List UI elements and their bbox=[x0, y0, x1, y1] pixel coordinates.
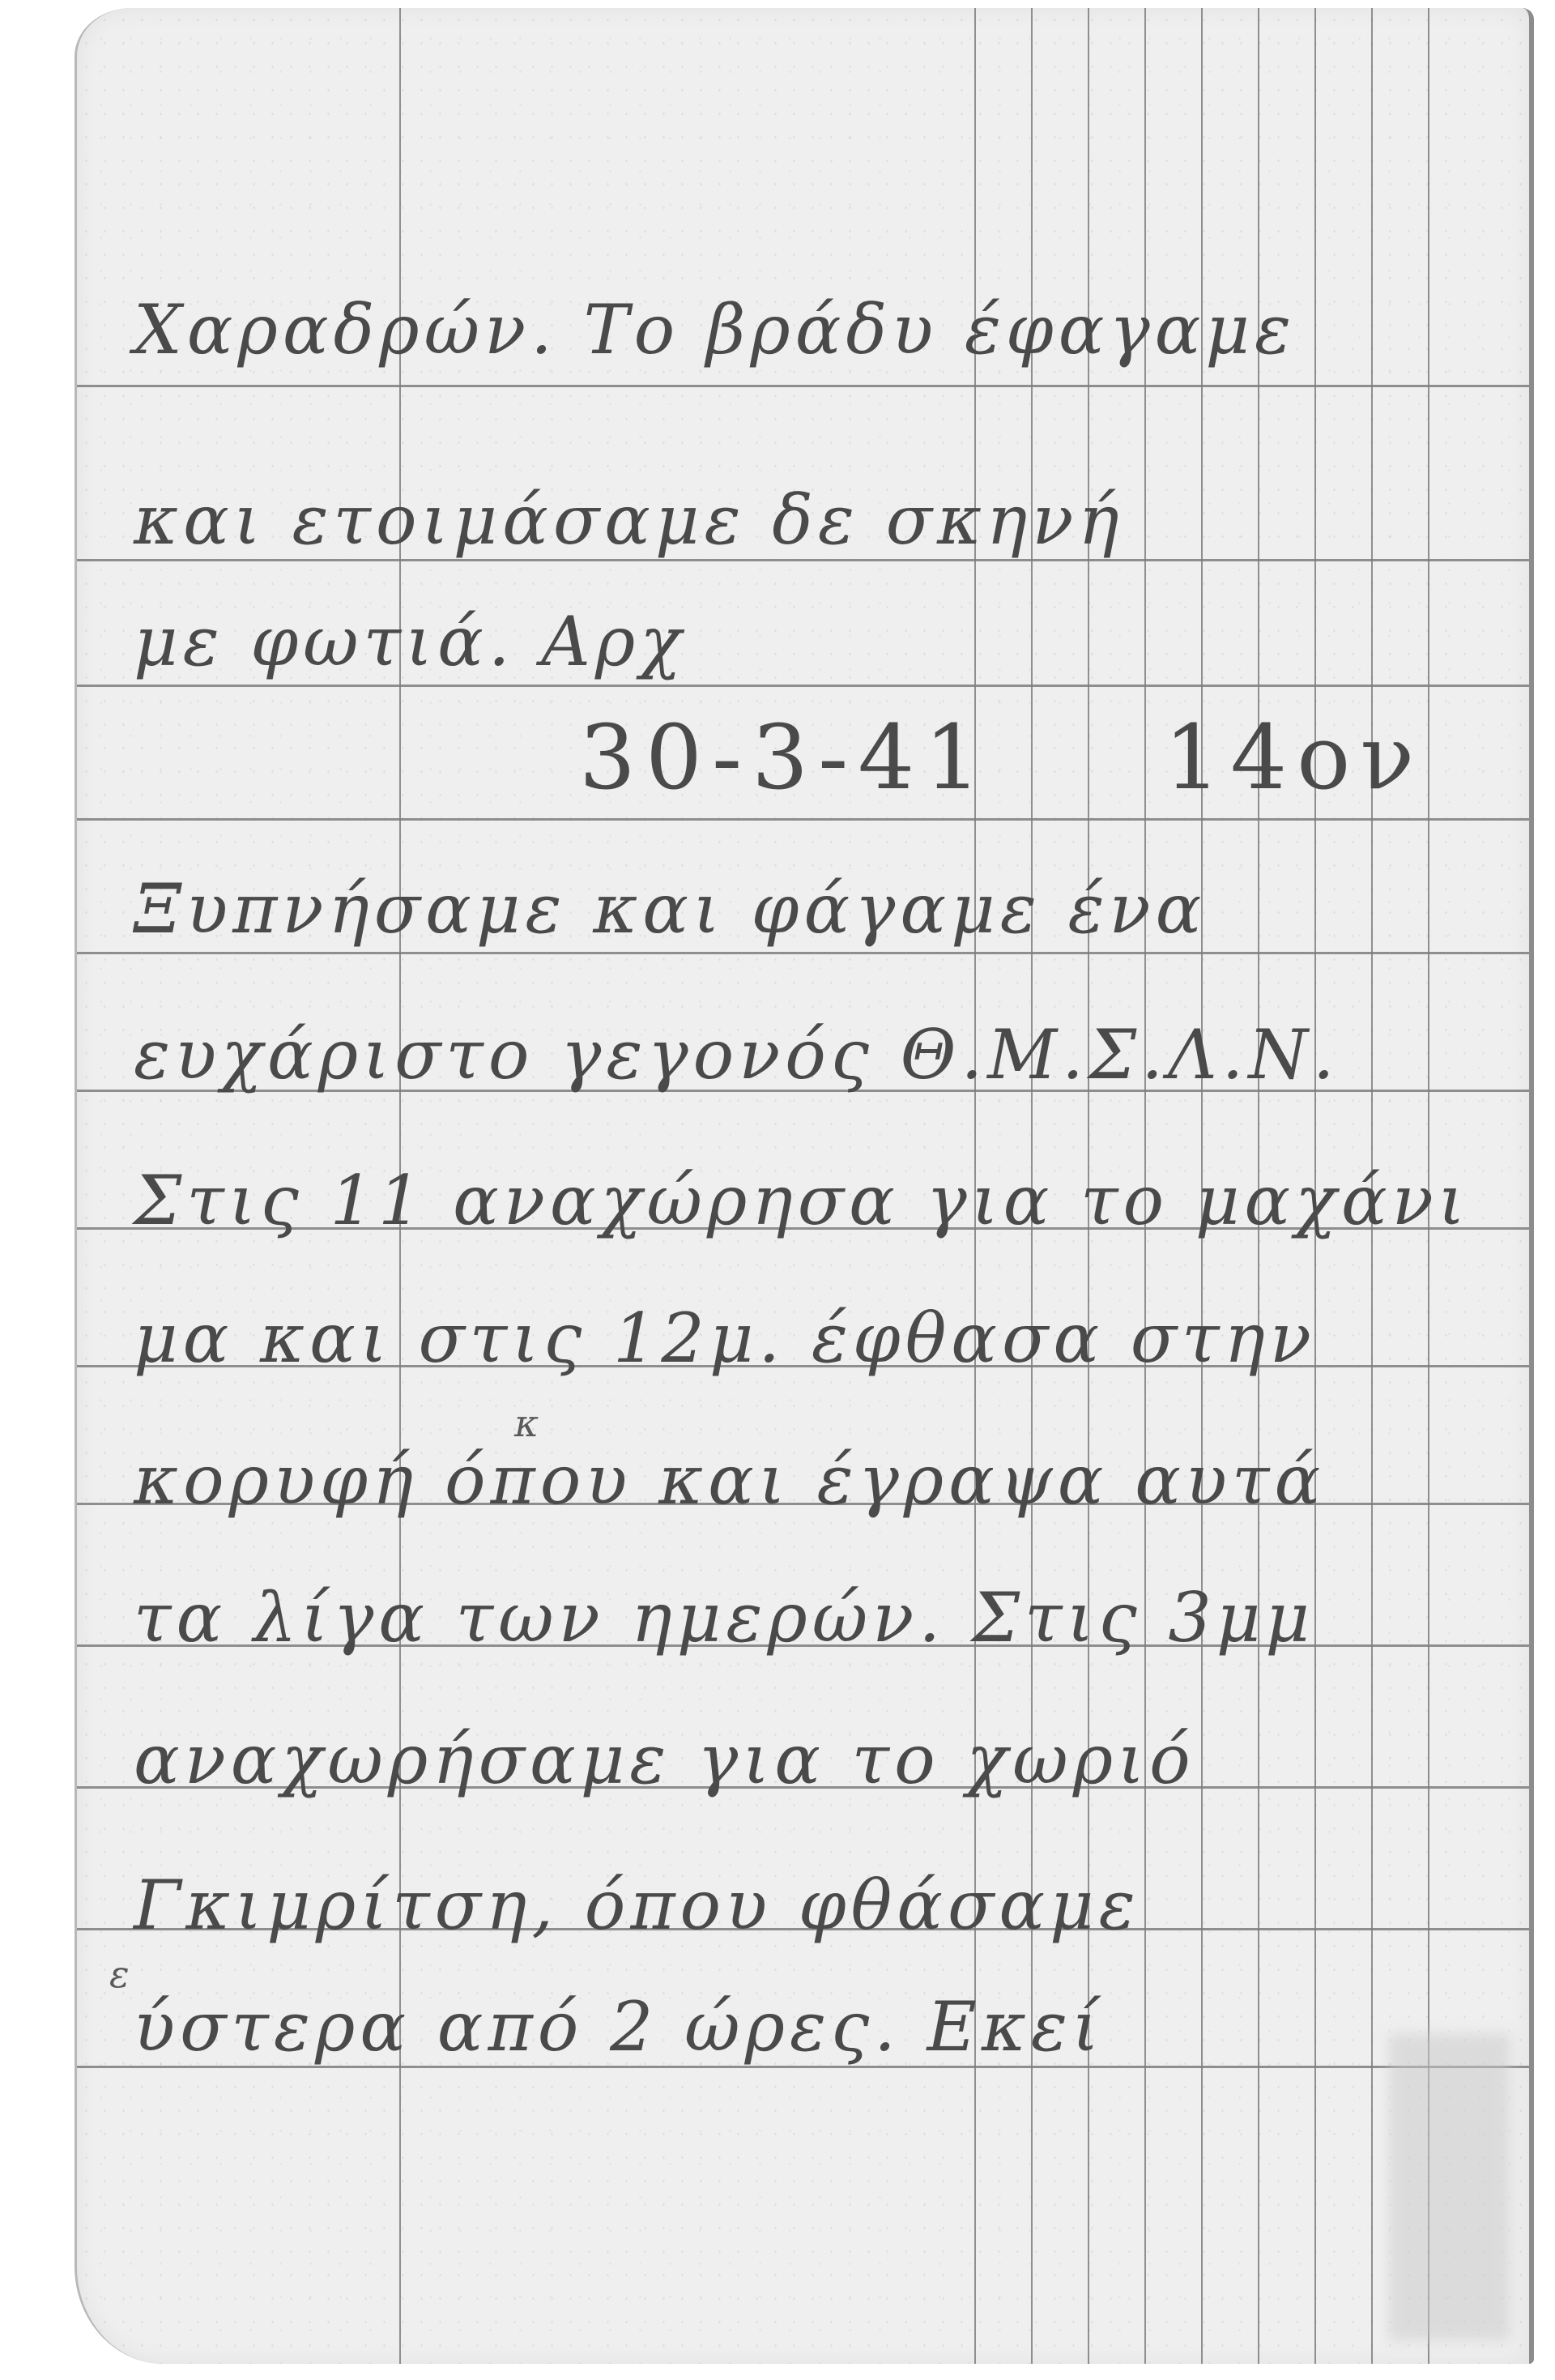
entry-line-4: μα και στις 12μ. έφθασα στην bbox=[134, 1304, 1497, 1372]
entry-line-9: ύστερα από 2 ώρες. Εκεί bbox=[134, 1993, 1497, 2061]
paper-smudge bbox=[1389, 2033, 1510, 2341]
annotation-mark: κ bbox=[514, 1401, 539, 1445]
entry-line-6: τα λίγα των ημερών. Στις 3μμ bbox=[134, 1584, 1497, 1652]
date-heading: 30-3-41 14ον bbox=[579, 713, 1497, 802]
entry-line-5: κορυφή όπου και έγραψα αυτά bbox=[134, 1446, 1497, 1514]
entry-line-2: ευχάριστο γεγονός Θ.Μ.Σ.Λ.Ν. bbox=[134, 1021, 1497, 1089]
entry-line-7: αναχωρήσαμε για το χωριό bbox=[134, 1725, 1497, 1794]
notebook-page: Χαραδρών. Το βράδυ έφαγαμε και ετοιμάσαμ… bbox=[75, 8, 1534, 2364]
horizontal-rule bbox=[77, 685, 1529, 687]
entry-day: 14ον bbox=[1164, 713, 1424, 802]
entry-line-1: Ξυπνήσαμε και φάγαμε ένα bbox=[134, 875, 1497, 943]
entry-line-8: Γκιμρίτση, όπου φθάσαμε bbox=[134, 1871, 1497, 1939]
annotation-mark: ε bbox=[109, 1952, 130, 1996]
text-line-prev-3: με φωτιά. Αρχ bbox=[134, 608, 1497, 676]
entry-date: 30-3-41 bbox=[579, 713, 991, 802]
horizontal-rule bbox=[77, 952, 1529, 954]
entry-line-3: Στις 11 αναχώρησα για το μαχάνι bbox=[134, 1167, 1497, 1235]
text-line-prev-1: Χαραδρών. Το βράδυ έφαγαμε bbox=[134, 296, 1497, 364]
horizontal-rule bbox=[77, 818, 1529, 821]
horizontal-rule bbox=[77, 385, 1529, 387]
text-line-prev-2: και ετοιμάσαμε δε σκηνή bbox=[134, 486, 1497, 554]
